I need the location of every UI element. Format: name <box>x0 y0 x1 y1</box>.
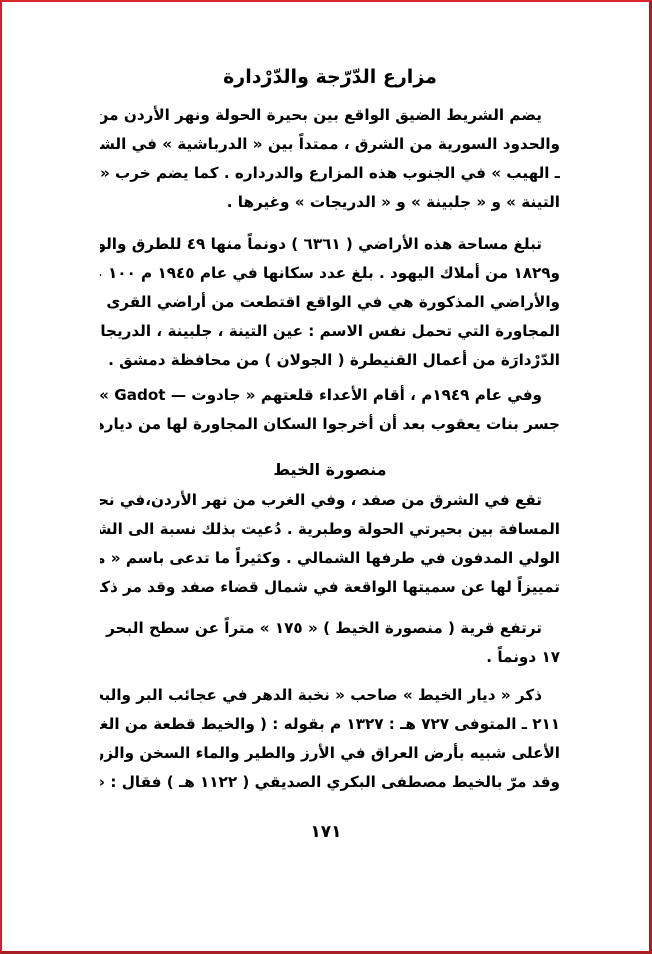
page-number: ١٧١ <box>276 822 376 842</box>
text-line: المسافة بين بحيرتي الحولة وطبرية . دُعيت… <box>100 515 560 544</box>
text-line: ١٧ دونماً . <box>100 643 560 672</box>
text-line: تمييزاً لها عن سميتها الواقعة في شمال قض… <box>100 573 560 602</box>
paragraph-4: تقع في الشرق من صفد ، وفي الغرب من نهر ا… <box>100 486 560 602</box>
text-line: تقع في الشرق من صفد ، وفي الغرب من نهر ا… <box>100 486 560 515</box>
text-line: تبلغ مساحة هذه الأراضي ( ٦٣٦١ ) دونماً م… <box>100 230 560 259</box>
text-line: الأعلى شبيه بأرض العراق في الأرز والطير … <box>100 739 560 768</box>
text-line: الدّرْدارَة من أعمال القنيطرة ( الجولان … <box>100 346 560 375</box>
text-line: وقد مرّ بالخيط مصطفى البكري الصديقي ( ١١… <box>100 768 560 797</box>
paragraph-6: ذكر « ديار الخيط » صاحب « نخبة الدهر في … <box>100 681 560 797</box>
section-heading: منصورة الخيط <box>100 457 560 483</box>
text-line: التينة » و « جلبينة » و « الدريجات » وغي… <box>100 188 560 217</box>
text-line: يضم الشريط الضيق الواقع بين بحيرة الحولة… <box>100 101 560 130</box>
text-line: والحدود السورية من الشرق ، ممتداً بين « … <box>100 130 560 159</box>
paragraph-2: تبلغ مساحة هذه الأراضي ( ٦٣٦١ ) دونماً م… <box>100 230 560 375</box>
text-line: جسر بنات يعقوب بعد أن أخرجوا السكان المج… <box>100 410 560 439</box>
text-line: وفي عام ١٩٤٩م ، أقام الأعداء قلعتهم « جا… <box>100 381 560 410</box>
text-line: الولي المدفون في طرفها الشمالي . وكثيراً… <box>100 544 560 573</box>
page-title: مزارع الدّرّجة والدّرْدارة <box>100 62 560 92</box>
text-line: ترتفع قرية ( منصورة الخيط ) « ١٧٥ » مترا… <box>100 614 560 643</box>
text-line: و١٨٢٩ من أملاك اليهود . بلغ عدد سكانها ف… <box>100 259 560 288</box>
text-line: ذكر « ديار الخيط » صاحب « نخبة الدهر في … <box>100 681 560 710</box>
text-line: والأراضي المذكورة هي في الواقع اقتطعت من… <box>100 288 560 317</box>
paragraph-3: وفي عام ١٩٤٩م ، أقام الأعداء قلعتهم « جا… <box>100 381 560 439</box>
text-line: ٢١١ ـ المتوفى ٧٢٧ هـ : ١٣٢٧ م بقوله : ( … <box>100 710 560 739</box>
paragraph-1: يضم الشريط الضيق الواقع بين بحيرة الحولة… <box>100 101 560 217</box>
paragraph-5: ترتفع قرية ( منصورة الخيط ) « ١٧٥ » مترا… <box>100 614 560 672</box>
text-line: المجاورة التي تحمل نفس الاسم : عين التين… <box>100 317 560 346</box>
text-line: ـ الهيب » في الجنوب هذه المزارع والدردار… <box>100 159 560 188</box>
